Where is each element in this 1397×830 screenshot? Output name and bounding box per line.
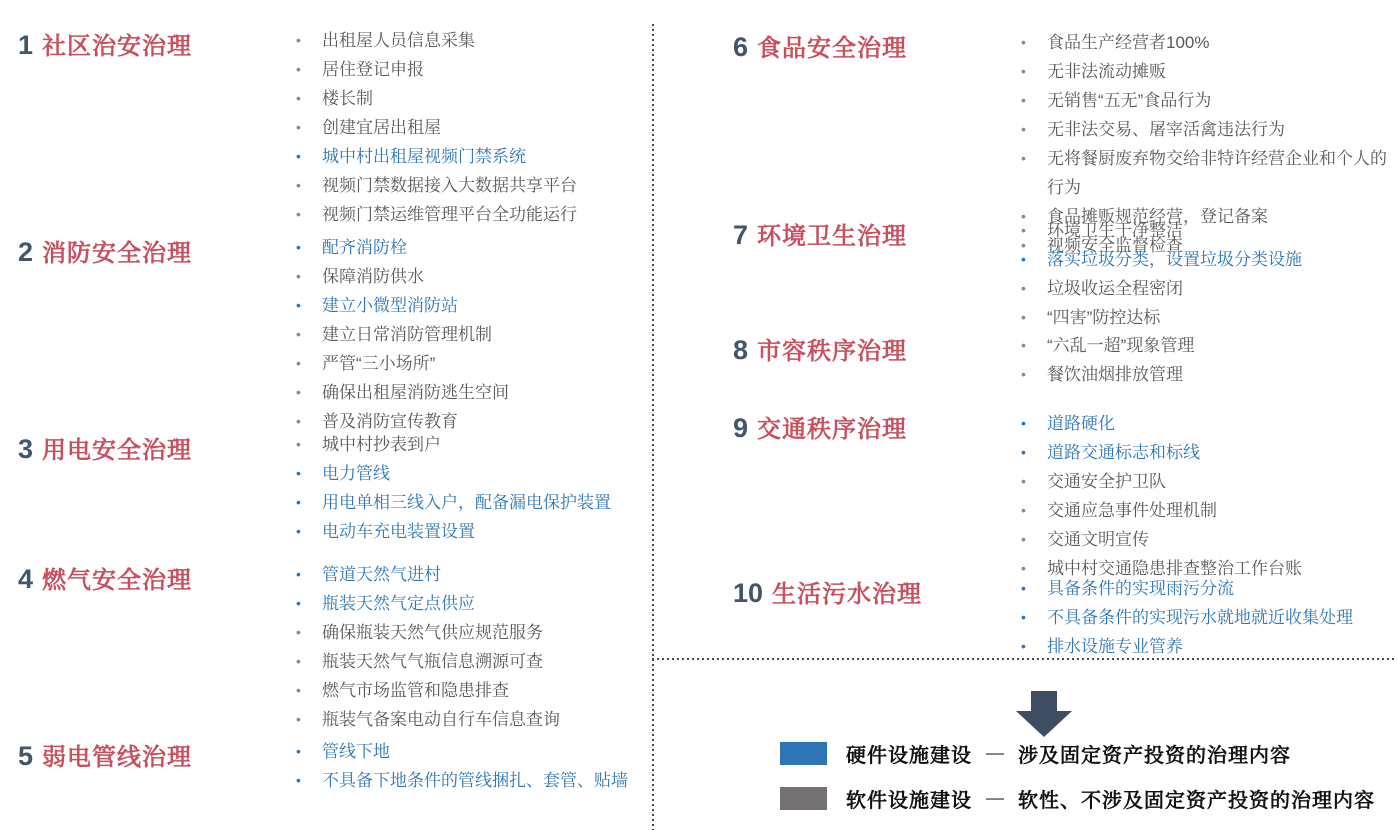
item-list: •出租屋人员信息采集•居住登记申报•楼长制•创建宜居出租屋•城中村出租屋视频门禁… [290, 26, 577, 229]
list-item-text: 用电单相三线入户，配备漏电保护装置 [322, 488, 611, 517]
list-item: •环境卫生干净整洁 [1015, 216, 1302, 245]
bullet-icon: • [1015, 86, 1047, 115]
down-arrow-icon [1016, 691, 1072, 737]
section-heading: 3 用电安全治理 [18, 430, 290, 465]
list-item-text: 无将餐厨废弃物交给非特许经营企业和个人的行为 [1047, 144, 1397, 202]
bullet-icon: • [290, 320, 322, 349]
list-item-text: 具备条件的实现雨污分流 [1047, 574, 1234, 603]
list-item: •不具备下地条件的管线捆扎、套管、贴墙 [290, 766, 628, 795]
section-number: 4 [18, 564, 33, 595]
section-number: 3 [18, 434, 33, 465]
list-item: •建立日常消防管理机制 [290, 320, 509, 349]
section-number: 5 [18, 741, 33, 772]
legend-description: 软性、不涉及固定资产投资的治理内容 [1018, 784, 1375, 813]
list-item-text: 管道天然气进村 [322, 560, 441, 589]
list-item-text: 城中村出租屋视频门禁系统 [322, 142, 526, 171]
section-title: 生活污水治理 [772, 574, 922, 609]
bullet-icon: • [290, 618, 322, 647]
arrow-head [1016, 711, 1072, 737]
section-number: 8 [733, 335, 748, 366]
section-heading: 9 交通秩序治理 [733, 409, 1015, 444]
list-item-text: 严管“三小场所” [322, 349, 435, 378]
item-list: •“六乱一超”现象管理•餐饮油烟排放管理 [1015, 331, 1194, 389]
list-item: •建立小微型消防站 [290, 291, 509, 320]
item-list: •具备条件的实现雨污分流•不具备条件的实现污水就地就近收集处理•排水设施专业管养 [1015, 574, 1353, 661]
section-weak-current-lines: 5 弱电管线治理 •管线下地•不具备下地条件的管线捆扎、套管、贴墙 [18, 737, 628, 795]
list-item-text: “四害”防控达标 [1047, 303, 1160, 332]
list-item: •“四害”防控达标 [1015, 303, 1302, 332]
list-item: •严管“三小场所” [290, 349, 509, 378]
list-item: •确保瓶装天然气供应规范服务 [290, 618, 560, 647]
list-item: •城中村抄表到户 [290, 430, 611, 459]
bullet-icon: • [290, 171, 322, 200]
list-item: •瓶装天然气气瓶信息溯源可查 [290, 647, 560, 676]
section-heading: 2 消防安全治理 [18, 233, 290, 268]
section-traffic-order: 9 交通秩序治理 •道路硬化•道路交通标志和标线•交通安全护卫队•交通应急事件处… [733, 409, 1302, 583]
section-number: 2 [18, 237, 33, 268]
bullet-icon: • [290, 349, 322, 378]
list-item-text: 管线下地 [322, 737, 390, 766]
list-item-text: 道路硬化 [1047, 409, 1115, 438]
list-item: •餐饮油烟排放管理 [1015, 360, 1194, 389]
hardware-color-swatch [780, 742, 827, 765]
list-item-text: 交通文明宣传 [1047, 525, 1149, 554]
list-item-text: 电动车充电装置设置 [322, 517, 475, 546]
list-item: •瓶装天然气定点供应 [290, 589, 560, 618]
section-heading: 7 环境卫生治理 [733, 216, 1015, 251]
section-heading: 8 市容秩序治理 [733, 331, 1015, 366]
list-item: •无非法交易、屠宰活禽违法行为 [1015, 115, 1397, 144]
bullet-icon: • [290, 430, 322, 459]
bullet-icon: • [290, 647, 322, 676]
list-item-text: 不具备条件的实现污水就地就近收集处理 [1047, 603, 1353, 632]
section-number: 7 [733, 220, 748, 251]
list-item: •视频门禁运维管理平台全功能运行 [290, 200, 577, 229]
bullet-icon: • [290, 55, 322, 84]
section-electricity-safety: 3 用电安全治理 •城中村抄表到户•电力管线•用电单相三线入户，配备漏电保护装置… [18, 430, 611, 546]
bullet-icon: • [290, 233, 322, 262]
software-color-swatch [780, 787, 827, 810]
list-item: •保障消防供水 [290, 262, 509, 291]
list-item: •交通文明宣传 [1015, 525, 1302, 554]
list-item-text: 燃气市场监管和隐患排查 [322, 676, 509, 705]
list-item-text: 确保出租屋消防逃生空间 [322, 378, 509, 407]
section-heading: 5 弱电管线治理 [18, 737, 290, 772]
list-item-text: 无非法交易、屠宰活禽违法行为 [1047, 115, 1285, 144]
list-item: •管线下地 [290, 737, 628, 766]
bullet-icon: • [290, 589, 322, 618]
section-domestic-sewage: 10 生活污水治理 •具备条件的实现雨污分流•不具备条件的实现污水就地就近收集处… [733, 574, 1353, 661]
bullet-icon: • [1015, 115, 1047, 144]
bullet-icon: • [290, 517, 322, 546]
list-item-text: 无非法流动摊贩 [1047, 57, 1166, 86]
bullet-icon: • [290, 378, 322, 407]
section-number: 9 [733, 413, 748, 444]
bullet-icon: • [290, 737, 322, 766]
section-title: 交通秩序治理 [757, 409, 907, 444]
item-list: •配齐消防栓•保障消防供水•建立小微型消防站•建立日常消防管理机制•严管“三小场… [290, 233, 509, 436]
legend-row-software: 软件设施建设 — 软性、不涉及固定资产投资的治理内容 [780, 786, 1375, 810]
legend-dash: — [986, 788, 1004, 809]
list-item: •道路交通标志和标线 [1015, 438, 1302, 467]
bullet-icon: • [1015, 28, 1047, 57]
bullet-icon: • [290, 560, 322, 589]
list-item-text: 出租屋人员信息采集 [322, 26, 475, 55]
list-item: •具备条件的实现雨污分流 [1015, 574, 1353, 603]
list-item-text: 不具备下地条件的管线捆扎、套管、贴墙 [322, 766, 628, 795]
legend-dash: — [986, 743, 1004, 764]
bullet-icon: • [1015, 331, 1047, 360]
bullet-icon: • [290, 142, 322, 171]
item-list: •管道天然气进村•瓶装天然气定点供应•确保瓶装天然气供应规范服务•瓶装天然气气瓶… [290, 560, 560, 734]
bullet-icon: • [1015, 525, 1047, 554]
list-item: •出租屋人员信息采集 [290, 26, 577, 55]
list-item-text: 交通安全护卫队 [1047, 467, 1166, 496]
bullet-icon: • [1015, 409, 1047, 438]
bullet-icon: • [1015, 245, 1047, 274]
list-item-text: 瓶装气备案电动自行车信息查询 [322, 705, 560, 734]
legend-description: 涉及固定资产投资的治理内容 [1018, 739, 1291, 768]
bullet-icon: • [1015, 360, 1047, 389]
list-item-text: 配齐消防栓 [322, 233, 407, 262]
section-community-security: 1 社区治安治理 •出租屋人员信息采集•居住登记申报•楼长制•创建宜居出租屋•城… [18, 26, 577, 229]
list-item: •电力管线 [290, 459, 611, 488]
bullet-icon: • [290, 291, 322, 320]
bullet-icon: • [290, 200, 322, 229]
section-environmental-hygiene: 7 环境卫生治理 •环境卫生干净整洁•落实垃圾分类，设置垃圾分类设施•垃圾收运全… [733, 216, 1302, 332]
bullet-icon: • [1015, 216, 1047, 245]
bullet-icon: • [290, 262, 322, 291]
bullet-icon: • [1015, 603, 1047, 632]
list-item-text: 交通应急事件处理机制 [1047, 496, 1217, 525]
section-title: 食品安全治理 [757, 28, 907, 63]
list-item-text: 确保瓶装天然气供应规范服务 [322, 618, 543, 647]
list-item-text: 楼长制 [322, 84, 373, 113]
bullet-icon: • [1015, 303, 1047, 332]
list-item: •居住登记申报 [290, 55, 577, 84]
legend-label: 软件设施建设 [846, 784, 972, 813]
list-item: •楼长制 [290, 84, 577, 113]
section-fire-safety: 2 消防安全治理 •配齐消防栓•保障消防供水•建立小微型消防站•建立日常消防管理… [18, 233, 509, 436]
section-title: 市容秩序治理 [757, 331, 907, 366]
section-heading: 6 食品安全治理 [733, 28, 1015, 63]
bullet-icon: • [1015, 632, 1047, 661]
list-item: •不具备条件的实现污水就地就近收集处理 [1015, 603, 1353, 632]
section-title: 弱电管线治理 [42, 737, 192, 772]
legend: 硬件设施建设 — 涉及固定资产投资的治理内容 软件设施建设 — 软性、不涉及固定… [780, 741, 1375, 830]
section-number: 6 [733, 32, 748, 63]
list-item-text: 视频门禁数据接入大数据共享平台 [322, 171, 577, 200]
list-item: •无销售“五无”食品行为 [1015, 86, 1397, 115]
item-list: •城中村抄表到户•电力管线•用电单相三线入户，配备漏电保护装置•电动车充电装置设… [290, 430, 611, 546]
bullet-icon: • [290, 766, 322, 795]
list-item: •城中村出租屋视频门禁系统 [290, 142, 577, 171]
list-item-text: 建立日常消防管理机制 [322, 320, 492, 349]
section-title: 消防安全治理 [42, 233, 192, 268]
section-title: 社区治安治理 [42, 26, 192, 61]
horizontal-dotted-divider [652, 658, 1397, 660]
bullet-icon: • [1015, 574, 1047, 603]
list-item-text: 瓶装天然气气瓶信息溯源可查 [322, 647, 543, 676]
list-item: •用电单相三线入户，配备漏电保护装置 [290, 488, 611, 517]
bullet-icon: • [290, 113, 322, 142]
list-item: •无非法流动摊贩 [1015, 57, 1397, 86]
list-item-text: 电力管线 [322, 459, 390, 488]
list-item-text: 居住登记申报 [322, 55, 424, 84]
section-heading: 1 社区治安治理 [18, 26, 290, 61]
bullet-icon: • [290, 705, 322, 734]
list-item: •创建宜居出租屋 [290, 113, 577, 142]
bullet-icon: • [1015, 144, 1047, 202]
list-item: •食品生产经营者100% [1015, 28, 1397, 57]
list-item-text: 无销售“五无”食品行为 [1047, 86, 1211, 115]
bullet-icon: • [1015, 496, 1047, 525]
list-item: •燃气市场监管和隐患排查 [290, 676, 560, 705]
item-list: •环境卫生干净整洁•落实垃圾分类，设置垃圾分类设施•垃圾收运全程密闭•“四害”防… [1015, 216, 1302, 332]
section-title: 环境卫生治理 [757, 216, 907, 251]
bullet-icon: • [1015, 438, 1047, 467]
bullet-icon: • [1015, 467, 1047, 496]
bullet-icon: • [290, 26, 322, 55]
list-item: •垃圾收运全程密闭 [1015, 274, 1302, 303]
item-list: •道路硬化•道路交通标志和标线•交通安全护卫队•交通应急事件处理机制•交通文明宣… [1015, 409, 1302, 583]
list-item-text: 创建宜居出租屋 [322, 113, 441, 142]
list-item-text: 城中村抄表到户 [322, 430, 441, 459]
arrow-stem [1031, 691, 1057, 711]
section-heading: 4 燃气安全治理 [18, 560, 290, 595]
section-gas-safety: 4 燃气安全治理 •管道天然气进村•瓶装天然气定点供应•确保瓶装天然气供应规范服… [18, 560, 560, 734]
list-item: •交通安全护卫队 [1015, 467, 1302, 496]
list-item: •瓶装气备案电动自行车信息查询 [290, 705, 560, 734]
list-item-text: 保障消防供水 [322, 262, 424, 291]
bullet-icon: • [290, 84, 322, 113]
list-item-text: 落实垃圾分类，设置垃圾分类设施 [1047, 245, 1302, 274]
section-title: 燃气安全治理 [42, 560, 192, 595]
list-item-text: 垃圾收运全程密闭 [1047, 274, 1183, 303]
list-item: •交通应急事件处理机制 [1015, 496, 1302, 525]
list-item: •配齐消防栓 [290, 233, 509, 262]
list-item-text: 瓶装天然气定点供应 [322, 589, 475, 618]
list-item: •道路硬化 [1015, 409, 1302, 438]
section-number: 1 [18, 30, 33, 61]
list-item-text: 道路交通标志和标线 [1047, 438, 1200, 467]
list-item-text: 建立小微型消防站 [322, 291, 458, 320]
list-item-text: 环境卫生干净整洁 [1047, 216, 1183, 245]
list-item: •排水设施专业管养 [1015, 632, 1353, 661]
bullet-icon: • [1015, 274, 1047, 303]
legend-row-hardware: 硬件设施建设 — 涉及固定资产投资的治理内容 [780, 741, 1375, 765]
list-item-text: 食品生产经营者100% [1047, 28, 1209, 57]
section-title: 用电安全治理 [42, 430, 192, 465]
section-heading: 10 生活污水治理 [733, 574, 1015, 609]
list-item: •视频门禁数据接入大数据共享平台 [290, 171, 577, 200]
bullet-icon: • [1015, 57, 1047, 86]
bullet-icon: • [290, 488, 322, 517]
list-item: •确保出租屋消防逃生空间 [290, 378, 509, 407]
list-item: •无将餐厨废弃物交给非特许经营企业和个人的行为 [1015, 144, 1397, 202]
bullet-icon: • [290, 459, 322, 488]
list-item-text: 视频门禁运维管理平台全功能运行 [322, 200, 577, 229]
list-item: •落实垃圾分类，设置垃圾分类设施 [1015, 245, 1302, 274]
section-city-appearance-order: 8 市容秩序治理 •“六乱一超”现象管理•餐饮油烟排放管理 [733, 331, 1194, 389]
list-item-text: 排水设施专业管养 [1047, 632, 1183, 661]
legend-label: 硬件设施建设 [846, 739, 972, 768]
list-item: •电动车充电装置设置 [290, 517, 611, 546]
item-list: •管线下地•不具备下地条件的管线捆扎、套管、贴墙 [290, 737, 628, 795]
list-item: •“六乱一超”现象管理 [1015, 331, 1194, 360]
list-item-text: “六乱一超”现象管理 [1047, 331, 1194, 360]
bullet-icon: • [290, 676, 322, 705]
section-number: 10 [733, 578, 763, 609]
list-item-text: 餐饮油烟排放管理 [1047, 360, 1183, 389]
list-item: •管道天然气进村 [290, 560, 560, 589]
vertical-dotted-divider [652, 24, 654, 830]
